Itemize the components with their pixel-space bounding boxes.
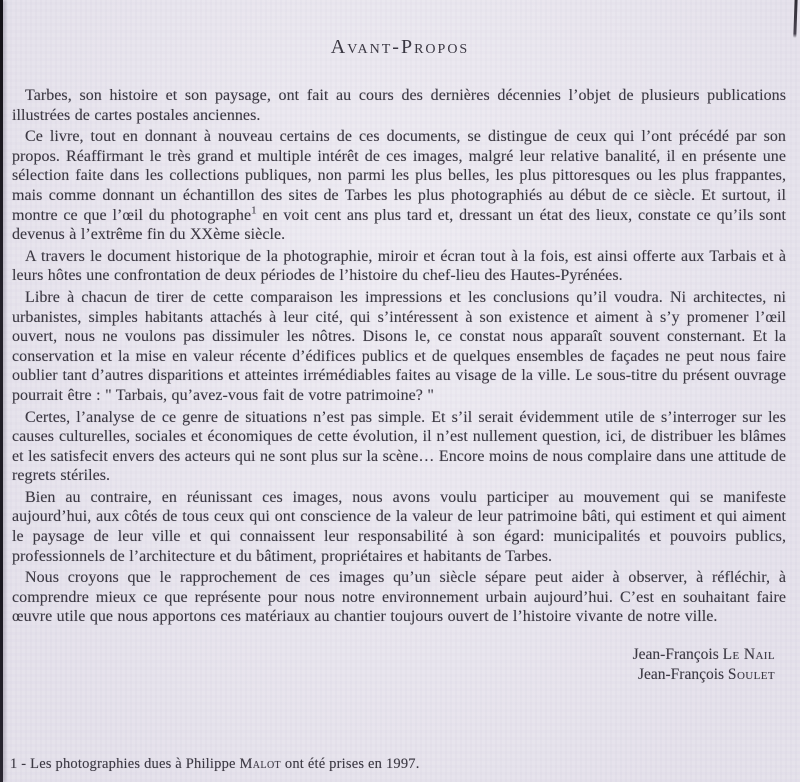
signature-1-family-name: Le Nail: [723, 646, 775, 663]
left-binding-scan-edge: [0, 0, 3, 782]
signature-line-2: Jean-François Soulet: [0, 665, 775, 685]
paragraph-3: A travers le document historique de la p…: [12, 247, 786, 286]
scanned-book-page: Avant-Propos Tarbes, son histoire et son…: [0, 0, 800, 782]
paragraph-4: Libre à chacun de tirer de cette compara…: [12, 288, 786, 406]
signatures-block: Jean-François Le Nail Jean-François Soul…: [0, 645, 775, 684]
signature-1-given-name: Jean-François: [633, 646, 723, 663]
page-title: Avant-Propos: [0, 36, 800, 59]
signature-2-given-name: Jean-François: [638, 666, 728, 683]
signature-2-family-name: Soulet: [728, 666, 775, 683]
footnote-photographer-name: Malot: [240, 756, 282, 772]
footnote-text-end: ont été prises en 1997.: [281, 756, 420, 772]
top-right-scan-mark: [793, 0, 797, 38]
footnote-marker: 1 -: [10, 756, 30, 772]
footnote: 1 - Les photographies dues à Philippe Ma…: [10, 756, 420, 773]
paragraph-6: Bien au contraire, en réunissant ces ima…: [12, 488, 786, 566]
foreword-body: Tarbes, son histoire et son paysage, ont…: [12, 86, 786, 627]
paragraph-1: Tarbes, son histoire et son paysage, ont…: [12, 86, 786, 125]
signature-line-1: Jean-François Le Nail: [0, 645, 775, 665]
paragraph-2: Ce livre, tout en donnant à nouveau cert…: [12, 127, 786, 245]
paragraph-5: Certes, l’analyse de ce genre de situati…: [12, 408, 786, 486]
paragraph-7: Nous croyons que le rapprochement de ces…: [12, 568, 786, 627]
footnote-text: Les photographies dues à Philippe: [30, 756, 239, 772]
